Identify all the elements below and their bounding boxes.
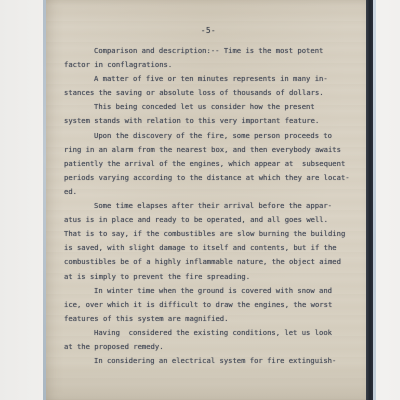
page-edge-right-dark (366, 0, 373, 400)
typed-line: features of this system are magnified. (64, 312, 352, 326)
paragraph: Comparison and description:-- Time is th… (64, 44, 352, 72)
typed-line: In considering an electrical system for … (64, 354, 352, 368)
typed-line: atus is in place and ready to be operate… (64, 213, 352, 227)
typed-line: Upon the discovery of the fire, some per… (64, 129, 352, 143)
paragraph: In considering an electrical system for … (64, 354, 352, 368)
page-edge-right-light (373, 0, 376, 400)
paragraph: Having considered the existing condition… (64, 326, 352, 354)
typed-line: That is to say, if the combustibles are … (64, 227, 352, 241)
typed-line: ice, over which it is difficult to draw … (64, 298, 352, 312)
typed-line: Having considered the existing condition… (64, 326, 352, 340)
typed-line: periods varying according to the distanc… (64, 171, 352, 185)
typed-line: system stands with relation to this very… (64, 114, 352, 128)
typed-line: Comparison and description:-- Time is th… (64, 44, 352, 58)
page-edge-left (43, 0, 46, 400)
paragraph: Some time elapses after their arrival be… (64, 199, 352, 284)
page-number: -5- (45, 26, 372, 35)
typed-line: A matter of five or ten minutes represen… (64, 72, 352, 86)
typed-line: Some time elapses after their arrival be… (64, 199, 352, 213)
typed-line: patiently the arrival of the engines, wh… (64, 157, 352, 171)
typed-line: is saved, with slight damage to itself a… (64, 241, 352, 255)
typed-line: at is simply to prevent the fire spreadi… (64, 270, 352, 284)
typed-line: stances the saving or absolute loss of t… (64, 86, 352, 100)
typed-line: This being conceded let us consider how … (64, 100, 352, 114)
typed-line: ring in an alarm from the nearest box, a… (64, 143, 352, 157)
typed-line: factor in conflagrations. (64, 58, 352, 72)
typed-line: combustibles be of a highly inflammable … (64, 255, 352, 269)
typed-line: ed. (64, 185, 352, 199)
typed-line: In winter time when the ground is covere… (64, 284, 352, 298)
page-body: Comparison and description:-- Time is th… (64, 44, 352, 368)
typed-line: at the proposed remedy. (64, 340, 352, 354)
paragraph: Upon the discovery of the fire, some per… (64, 129, 352, 199)
paragraph: This being conceded let us consider how … (64, 100, 352, 128)
paragraph: A matter of five or ten minutes represen… (64, 72, 352, 100)
paragraph: In winter time when the ground is covere… (64, 284, 352, 326)
